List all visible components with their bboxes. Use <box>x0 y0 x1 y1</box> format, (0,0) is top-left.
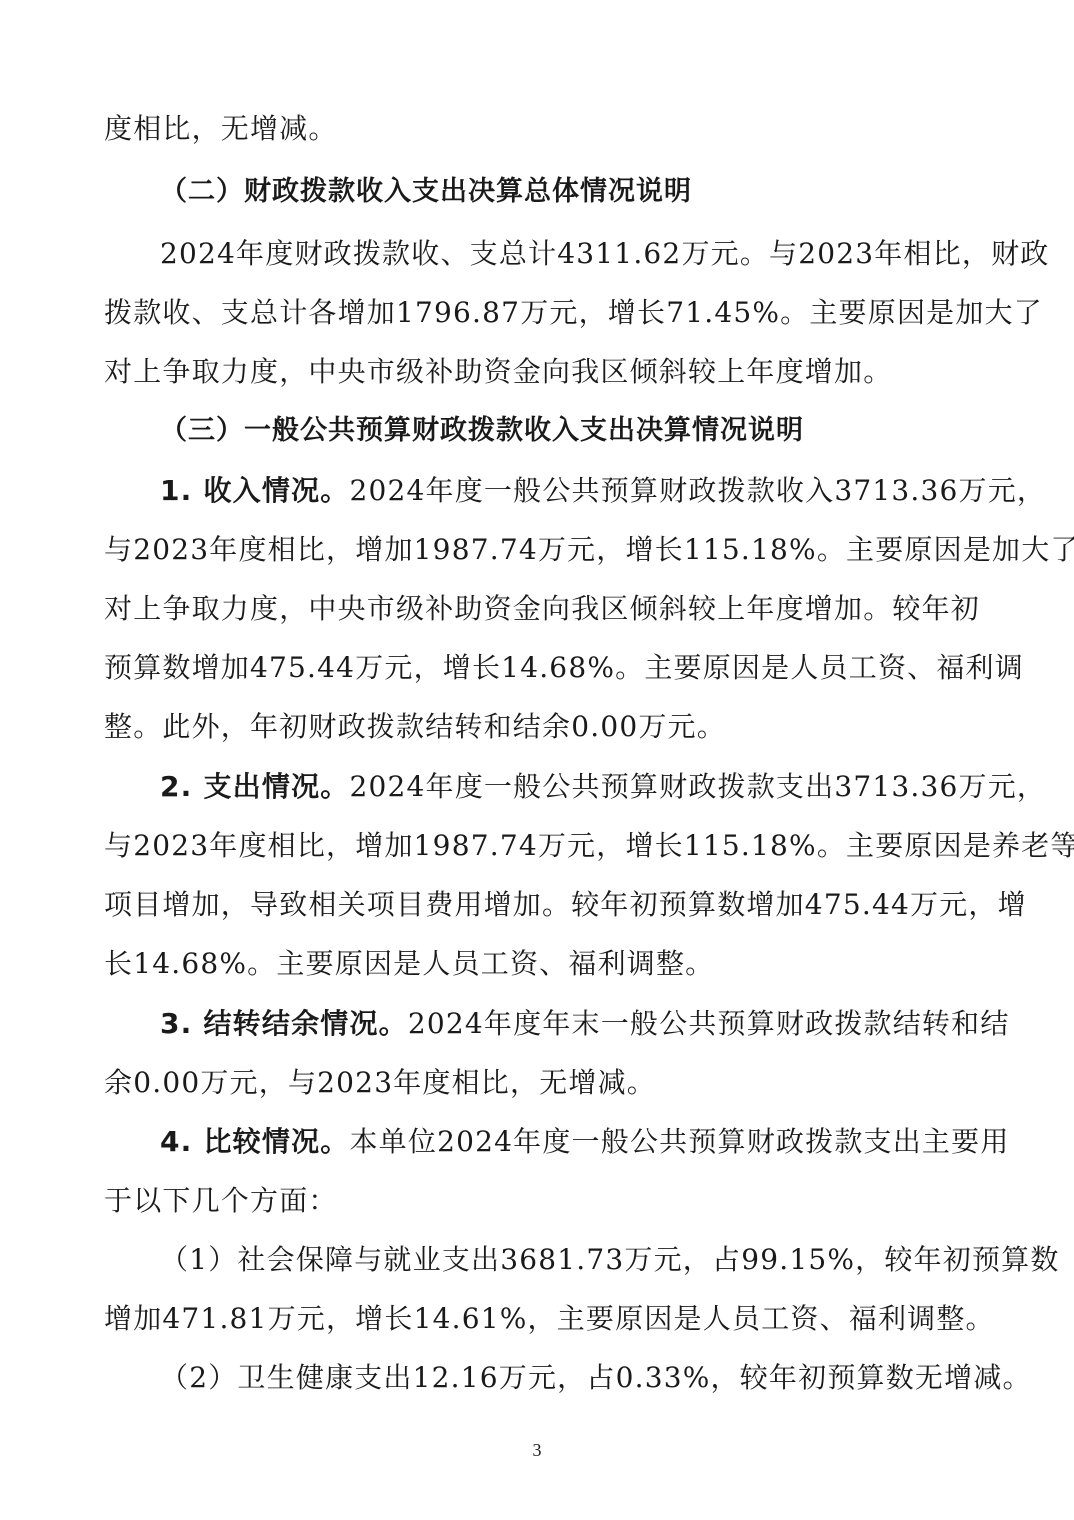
carryover-lead: 3. 结转结余情况。 <box>160 1004 408 1044</box>
paragraph-line: 对上争取力度，中央市级补助资金向我区倾斜较上年度增加。较年初 <box>104 589 972 629</box>
paragraph-text: 2024年度年末一般公共预算财政拨款结转和结 <box>408 1004 1010 1044</box>
paragraph-line: 整。此外，年初财政拨款结转和结余0.00万元。 <box>104 707 726 747</box>
paragraph-line: 于以下几个方面： <box>104 1181 338 1221</box>
paragraph-text: 2024年度一般公共预算财政拨款收入3713.36万元， <box>349 471 1046 511</box>
paragraph-line: 2024年度财政拨款收、支总计4311.62万元。与2023年相比，财政 <box>160 234 972 274</box>
comparison-lead: 4. 比较情况。 <box>160 1122 349 1162</box>
paragraph-line: 余0.00万元，与2023年度相比，无增减。 <box>104 1063 656 1103</box>
carryover-paragraph-first-line: 3. 结转结余情况。 2024年度年末一般公共预算财政拨款结转和结 <box>160 1004 972 1044</box>
expenditure-paragraph-first-line: 2. 支出情况。 2024年度一般公共预算财政拨款支出3713.36万元， <box>160 767 972 807</box>
paragraph-line: 与2023年度相比，增加1987.74万元，增长115.18%。主要原因是加大了 <box>104 530 972 570</box>
paragraph-line: 预算数增加475.44万元，增长14.68%。主要原因是人员工资、福利调 <box>104 648 972 688</box>
section-heading-2: （二）财政拨款收入支出决算总体情况说明 <box>160 172 692 212</box>
income-lead: 1. 收入情况。 <box>160 471 349 511</box>
expenditure-lead: 2. 支出情况。 <box>160 767 349 807</box>
paragraph-text: 2024年度一般公共预算财政拨款支出3713.36万元， <box>349 767 1046 807</box>
paragraph-line: 与2023年度相比，增加1987.74万元，增长115.18%。主要原因是养老等 <box>104 826 972 866</box>
comparison-paragraph-first-line: 4. 比较情况。 本单位2024年度一般公共预算财政拨款支出主要用 <box>160 1122 972 1162</box>
paragraph-line: 对上争取力度，中央市级补助资金向我区倾斜较上年度增加。 <box>104 352 892 392</box>
paragraph-continuation: 度相比，无增减。 <box>104 109 338 149</box>
page-number: 3 <box>0 1440 1074 1461</box>
list-item-social-security: （1）社会保障与就业支出3681.73万元，占99.15%，较年初预算数 <box>160 1240 972 1280</box>
paragraph-line: 拨款收、支总计各增加1796.87万元，增长71.45%。主要原因是加大了 <box>104 293 972 333</box>
section-heading-3: （三）一般公共预算财政拨款收入支出决算情况说明 <box>160 411 804 451</box>
paragraph-line: 项目增加，导致相关项目费用增加。较年初预算数增加475.44万元，增 <box>104 885 972 925</box>
paragraph-line: 长14.68%。主要原因是人员工资、福利调整。 <box>104 944 714 984</box>
list-item-health: （2）卫生健康支出12.16万元，占0.33%，较年初预算数无增减。 <box>160 1358 1032 1398</box>
paragraph-text: 本单位2024年度一般公共预算财政拨款支出主要用 <box>349 1122 1009 1162</box>
paragraph-line: 增加471.81万元，增长14.61%，主要原因是人员工资、福利调整。 <box>104 1299 995 1339</box>
income-paragraph-first-line: 1. 收入情况。 2024年度一般公共预算财政拨款收入3713.36万元， <box>160 471 972 511</box>
